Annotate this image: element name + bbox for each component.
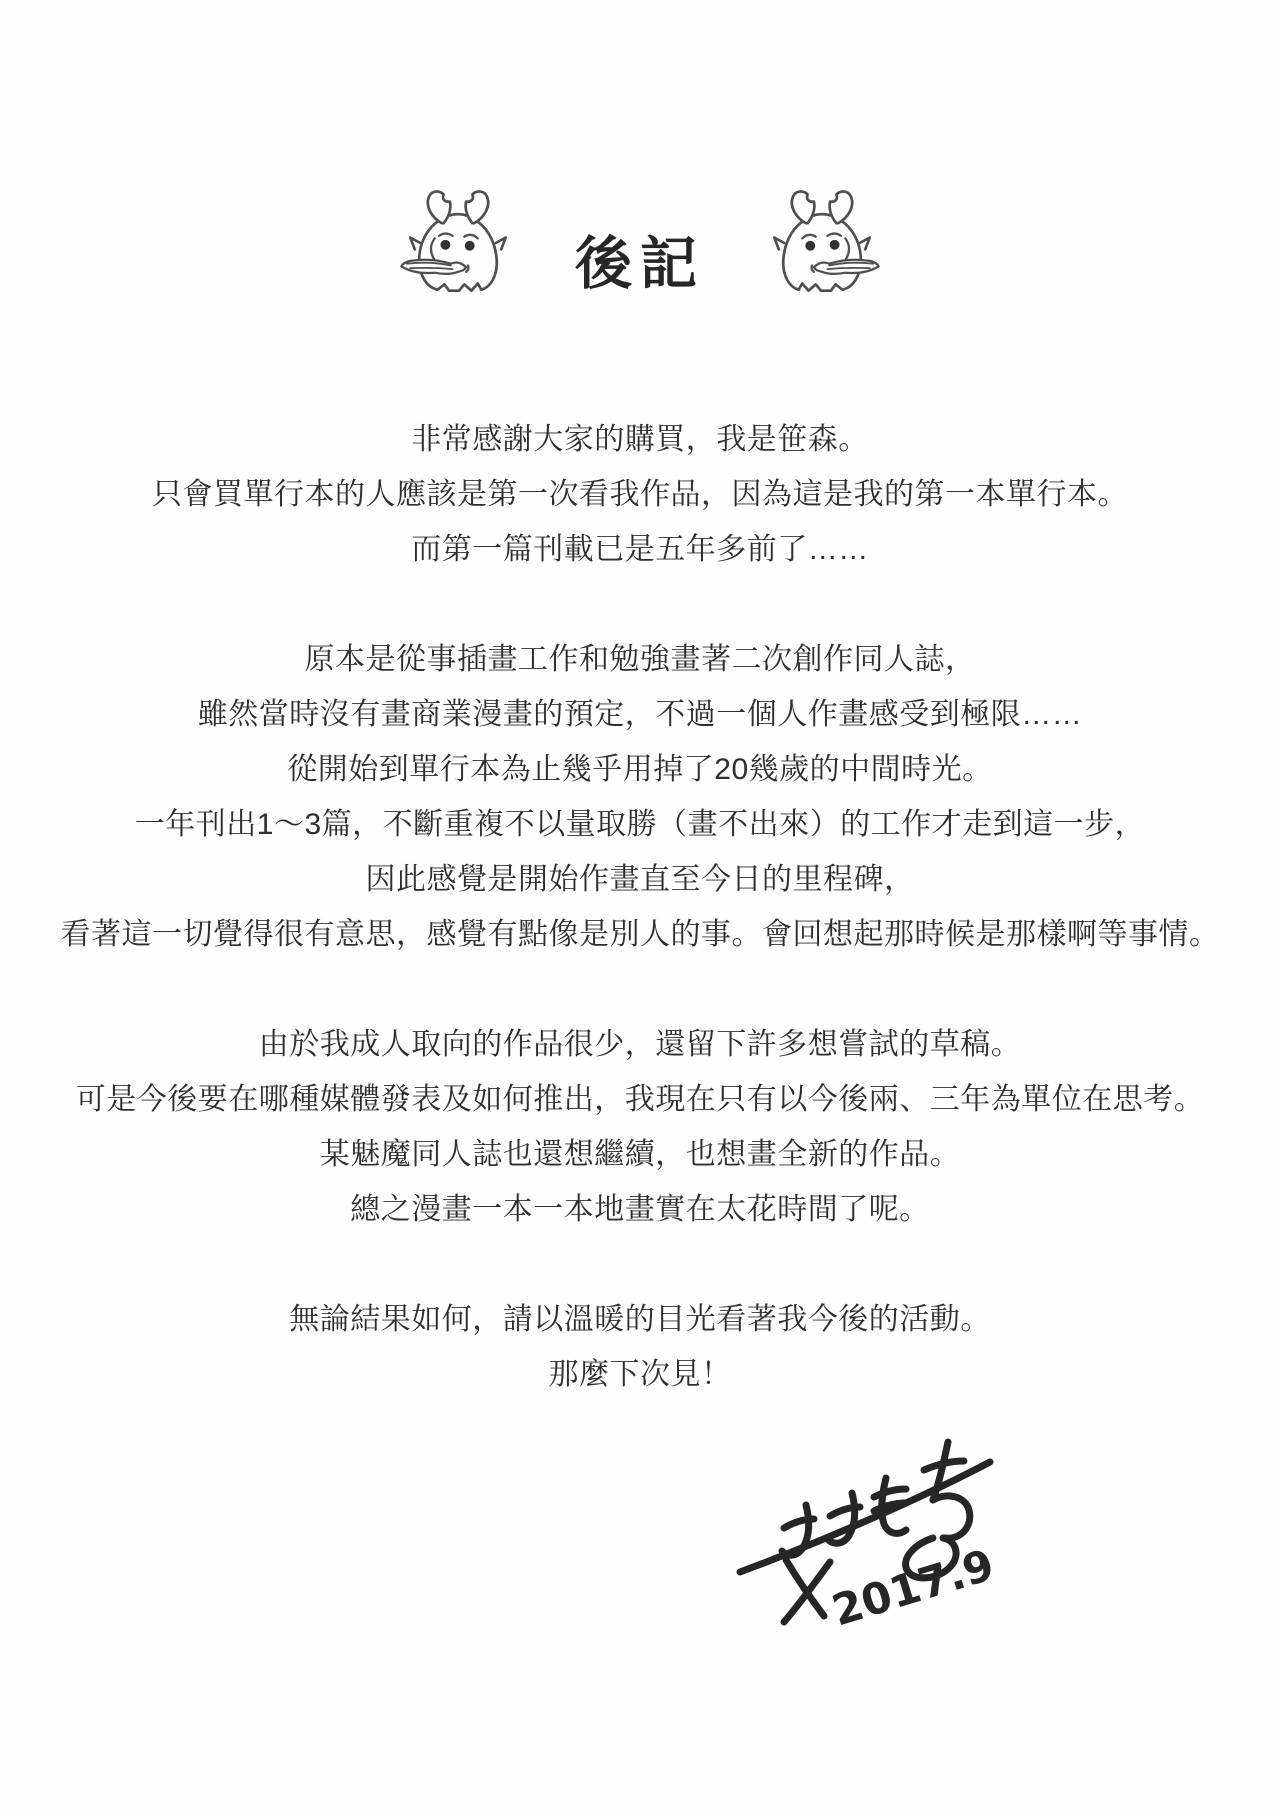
afterword-line: 可是今後要在哪種媒體發表及如何推出，我現在只有以今後兩、三年為單位在思考。 <box>0 1072 1280 1127</box>
afterword-paragraph: 非常感謝大家的購買，我是笹森。只會買單行本的人應該是第一次看我作品，因為這是我的… <box>0 412 1280 577</box>
signature-drawing: 2017.9 <box>726 1408 1022 1644</box>
afterword-line: 從開始到單行本為止幾乎用掉了20幾歲的中間時光。 <box>0 742 1280 797</box>
page-title: 後記 <box>575 236 705 293</box>
author-signature: 2017.9 <box>726 1408 1022 1644</box>
afterword-line: 無論結果如何，請以溫暖的目光看著我今後的活動。 <box>0 1292 1280 1347</box>
afterword-paragraph: 無論結果如何，請以溫暖的目光看著我今後的活動。那麼下次見！ <box>0 1292 1280 1402</box>
horned-mascot-left-icon <box>395 184 521 302</box>
afterword-line: 原本是從事插畫工作和勉強畫著二次創作同人誌， <box>0 632 1280 687</box>
afterword-line: 某魅魔同人誌也還想繼續，也想畫全新的作品。 <box>0 1127 1280 1182</box>
horned-mascot-right-icon <box>759 184 885 302</box>
afterword-line: 一年刊出1～3篇，不斷重複不以量取勝（畫不出來）的工作才走到這一步， <box>0 797 1280 852</box>
afterword-header: 後記 <box>0 184 1280 302</box>
afterword-paragraph: 由於我成人取向的作品很少，還留下許多想嘗試的草稿。可是今後要在哪種媒體發表及如何… <box>0 1017 1280 1237</box>
afterword-page: 後記 非常感謝大家的購買，我是笹森。只會買單行本的人應該是第一次看我作品，因為這… <box>0 0 1280 1816</box>
afterword-line: 而第一篇刊載已是五年多前了…… <box>0 522 1280 577</box>
afterword-line: 因此感覺是開始作畫直至今日的里程碑， <box>0 852 1280 907</box>
afterword-line: 只會買單行本的人應該是第一次看我作品，因為這是我的第一本單行本。 <box>0 467 1280 522</box>
afterword-text: 非常感謝大家的購買，我是笹森。只會買單行本的人應該是第一次看我作品，因為這是我的… <box>0 412 1280 1457</box>
afterword-line: 雖然當時沒有畫商業漫畫的預定，不過一個人作畫感受到極限…… <box>0 687 1280 742</box>
afterword-line: 由於我成人取向的作品很少，還留下許多想嘗試的草稿。 <box>0 1017 1280 1072</box>
afterword-line: 看著這一切覺得很有意思，感覺有點像是別人的事。會回想起那時候是那樣啊等事情。 <box>0 907 1280 962</box>
afterword-line: 總之漫畫一本一本地畫實在太花時間了呢。 <box>0 1182 1280 1237</box>
afterword-line: 那麼下次見！ <box>0 1347 1280 1402</box>
signature-date: 2017.9 <box>827 1540 1000 1636</box>
afterword-line: 非常感謝大家的購買，我是笹森。 <box>0 412 1280 467</box>
afterword-paragraph: 原本是從事插畫工作和勉強畫著二次創作同人誌，雖然當時沒有畫商業漫畫的預定，不過一… <box>0 632 1280 962</box>
